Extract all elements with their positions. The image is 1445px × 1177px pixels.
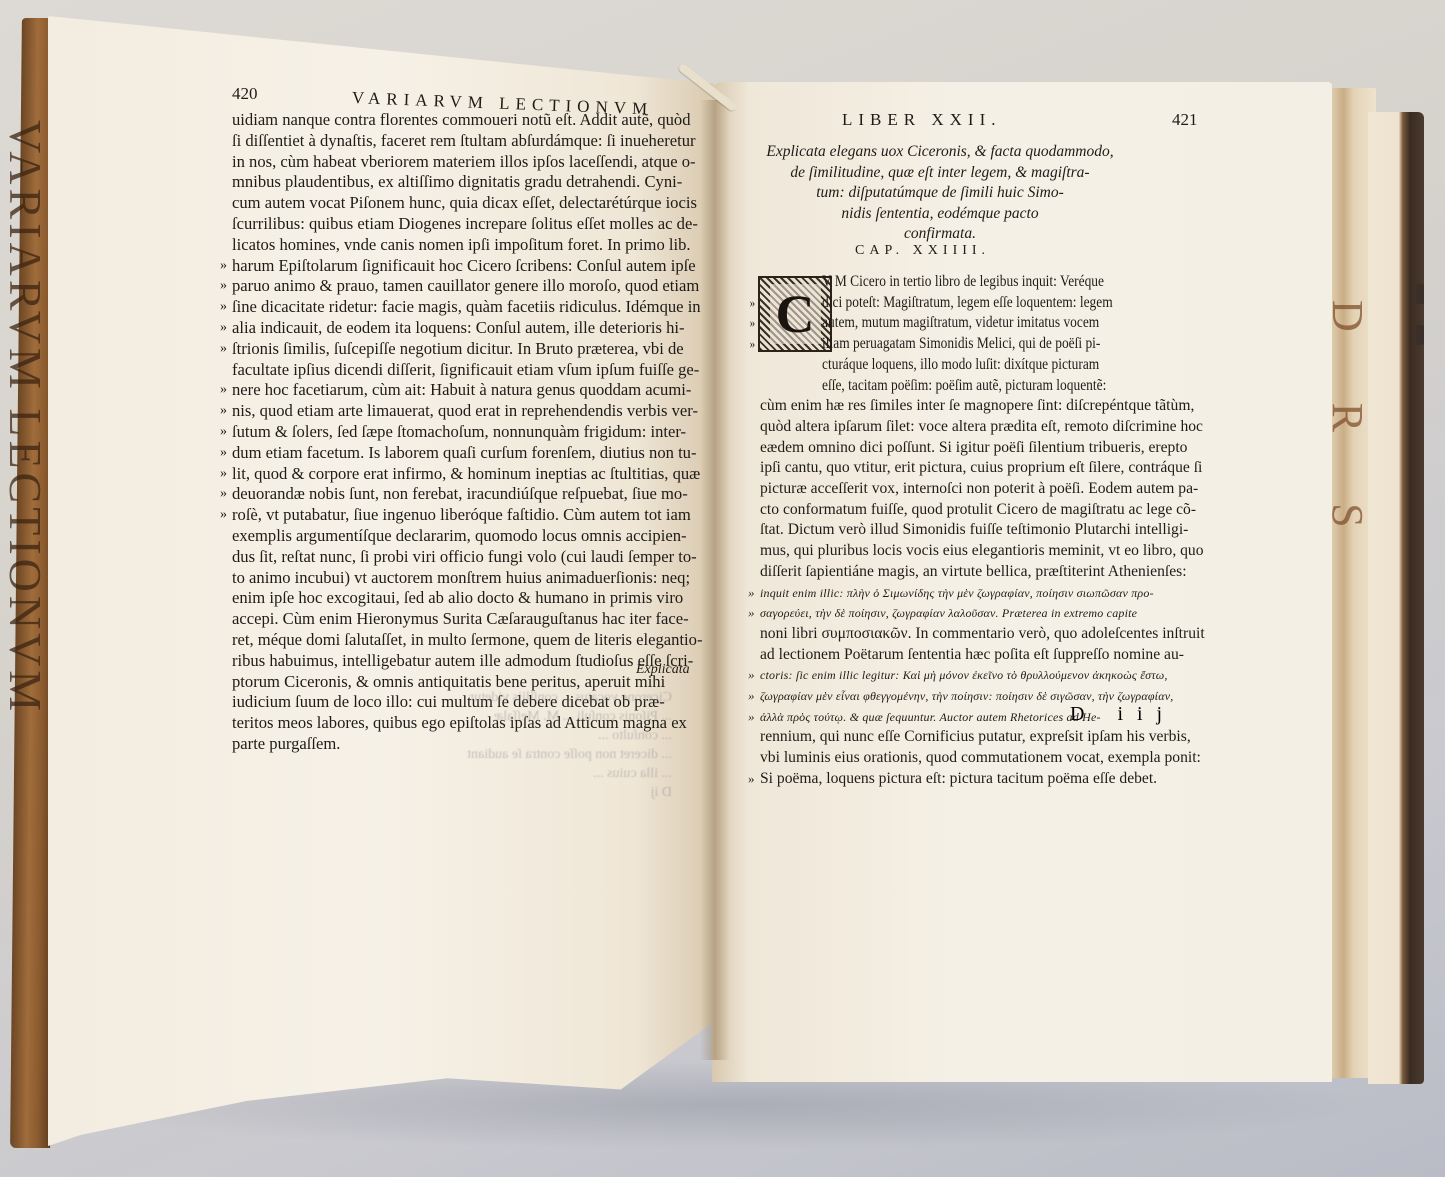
chapter-summary: Explicata elegans uox Ciceronis, & facta… bbox=[760, 142, 1120, 245]
text-line: vbi luminis eius orationis, quod commuta… bbox=[760, 748, 1280, 769]
text-line: ipſi cantu, quo vtitur, erit pictura, cu… bbox=[760, 458, 1280, 479]
fore-edge-inscription: VARIARVM LECTIONVM bbox=[22, 120, 52, 1140]
summary-line: de ſimilitudine, quæ eſt inter legem, & … bbox=[760, 163, 1120, 184]
text-line: lit, quod & corpore erat infirmo, & homi… bbox=[232, 464, 702, 485]
right-page-body: V M Cicero in tertio libro de legibus in… bbox=[760, 272, 1280, 790]
text-line: autem, mutum magiſtratum, videtur imitat… bbox=[760, 313, 1208, 334]
show-through-text: Cicerone vocatus ... conſilijs videtur..… bbox=[232, 688, 672, 802]
show-through-line: ... diceret non poſſe contra ſe audiant bbox=[232, 745, 672, 764]
text-line: roſè, vt putabatur, ſiue ingenuo liberóq… bbox=[232, 505, 702, 526]
text-line: ret, méque domi ſalutaſſet, in multo ſer… bbox=[232, 630, 702, 651]
text-line: eædem omnino dici poſſunt. Si igitur poë… bbox=[760, 438, 1280, 459]
page-number-left: 420 bbox=[232, 84, 258, 104]
text-line: ἀλλὰ πρὸς τούτῳ. & quæ ſequuntur. Auctor… bbox=[760, 707, 1280, 728]
text-line: ſcurrilibus: quibus etiam Diogenes incre… bbox=[232, 214, 702, 235]
left-page-body: uidiam nanque contra florentes commoueri… bbox=[232, 110, 702, 755]
text-line: facultate ipſius dicendi diſſerit, ſigni… bbox=[232, 360, 702, 381]
show-through-line: ... Piſonis conſuli ... M. Meſſalæ bbox=[232, 707, 672, 726]
text-line: to animo incubui) vt auctorem monſtrem h… bbox=[232, 568, 702, 589]
text-line: alia indicauit, de eodem ita loquens: Co… bbox=[232, 318, 702, 339]
text-line: accepi. Cùm enim Hieronymus Surita Cæſar… bbox=[232, 609, 702, 630]
show-through-line: D ij bbox=[232, 783, 672, 802]
text-line: deuorandæ nobis ſunt, non ferebat, iracu… bbox=[232, 484, 702, 505]
text-line: eſſe, tacitam poëſim: poëſim autẽ, pictu… bbox=[760, 376, 1208, 397]
text-line: mnibus plaudentibus, ex altiſſimo dignit… bbox=[232, 172, 702, 193]
catchword: Explicata bbox=[636, 662, 690, 678]
running-head-right: LIBER XXII. bbox=[842, 110, 1001, 130]
text-line: dici poteſt: Magiſtratum, legem eſſe loq… bbox=[760, 293, 1208, 314]
show-through-line: ... conſulto ... bbox=[232, 726, 672, 745]
text-line: mus, qui pluribus locis vocis eius elega… bbox=[760, 541, 1280, 562]
text-line: ctoris: ſic enim illic legitur: Καὶ μὴ μ… bbox=[760, 665, 1280, 686]
show-through-line: ... illa cuius ... bbox=[232, 764, 672, 783]
text-line: ſi diſſentiet à dynaſtis, faceret rem ſt… bbox=[232, 131, 702, 152]
text-line: ſtat. Dictum verò illud Simonidis fuiſſe… bbox=[760, 520, 1280, 541]
text-line: enim ipſe hoc excogitaui, ſed ab alio do… bbox=[232, 588, 702, 609]
text-line: nere hoc facetiarum, cùm ait: Habuit à n… bbox=[232, 380, 702, 401]
text-line: V M Cicero in tertio libro de legibus in… bbox=[760, 272, 1208, 293]
text-line: nis, quod etiam arte limauerat, quod era… bbox=[232, 401, 702, 422]
text-line: dum etiam facetum. Is laborem quaſi curſ… bbox=[232, 443, 702, 464]
summary-line: Explicata elegans uox Ciceronis, & facta… bbox=[760, 142, 1120, 163]
text-line: in nos, cùm habeat vberiorem materiem il… bbox=[232, 152, 702, 173]
text-line: noni libri συμποσιακῶν. In commentario v… bbox=[760, 624, 1280, 645]
text-line: ſutum & ſolers, ſed ſæpe ſtomachoſum, no… bbox=[232, 422, 702, 443]
text-line: rennium, qui nunc eſſe Cornificius putat… bbox=[760, 727, 1280, 748]
signature-mark: D iij bbox=[1070, 703, 1176, 726]
text-line: paruo animo & prauo, tamen cauillator ge… bbox=[232, 276, 702, 297]
summary-line: tum: diſputatúmque de ſimili huic Simo- bbox=[760, 183, 1120, 204]
text-line: ſtrionis ſimilis, ſuſcepiſſe negotium di… bbox=[232, 339, 702, 360]
text-line: quòd altera ipſarum ſilet: voce altera p… bbox=[760, 417, 1280, 438]
page-number-right: 421 bbox=[1172, 110, 1198, 130]
text-line: σαγορεύει, τὴν δὲ ποίησιν, ζωγραφίαν λαλ… bbox=[760, 603, 1280, 624]
text-line: picturæ acceſſerit vox, internoſci non p… bbox=[760, 479, 1280, 500]
text-line: ſine dicacitate ridetur: facie magis, qu… bbox=[232, 297, 702, 318]
text-line: ad lectionem Poëtarum ſententia hæc poſi… bbox=[760, 645, 1280, 666]
text-line: exemplis argumentíſque declararim, quomo… bbox=[232, 526, 702, 547]
clasp-top bbox=[1416, 284, 1424, 304]
text-line: Si poëma, loquens pictura eſt: pictura t… bbox=[760, 769, 1280, 790]
text-line: dus ſit, reſtat nunc, ſi probi viri offi… bbox=[232, 547, 702, 568]
leather-cover bbox=[1368, 112, 1424, 1084]
show-through-line: Cicerone vocatus ... conſilijs videtur bbox=[232, 688, 672, 707]
text-line: illam peruagatam Simonidis Melici, qui d… bbox=[760, 334, 1208, 355]
clasp-bottom bbox=[1416, 325, 1424, 345]
text-line: uidiam nanque contra florentes commoueri… bbox=[232, 110, 702, 131]
text-line: harum Epiſtolarum ſignificauit hoc Cicer… bbox=[232, 256, 702, 277]
chapter-heading: CAP. XXIIII. bbox=[855, 243, 990, 259]
text-line: cturáque loquens, illo modo luſit: dixít… bbox=[760, 355, 1208, 376]
summary-line: nidis ſententia, eodémque pacto bbox=[760, 204, 1120, 225]
text-line: cùm enim hæ res ſimiles inter ſe magnope… bbox=[760, 396, 1280, 417]
text-line: inquit enim illic: πλὴν ὁ Σιμωνίδης τὴν … bbox=[760, 583, 1280, 604]
gutter-shadow bbox=[700, 100, 730, 1060]
text-line: ribus habuimus, intelligebatur autem ill… bbox=[232, 651, 702, 672]
text-line: ζωγραφίαν μὲν εἶναι φθεγγομένην, τὴν ποί… bbox=[760, 686, 1280, 707]
summary-line: confirmata. bbox=[760, 224, 1120, 245]
text-line: diſſerit ſapientiáne magis, an virtute b… bbox=[760, 562, 1280, 583]
text-line: cum autem vocat Piſonem hunc, quia dicax… bbox=[232, 193, 702, 214]
text-line: cto conformatum fuiſſe, quod protulit Ci… bbox=[760, 500, 1280, 521]
text-line: licatos homines, vnde canis nomen ipſi i… bbox=[232, 235, 702, 256]
